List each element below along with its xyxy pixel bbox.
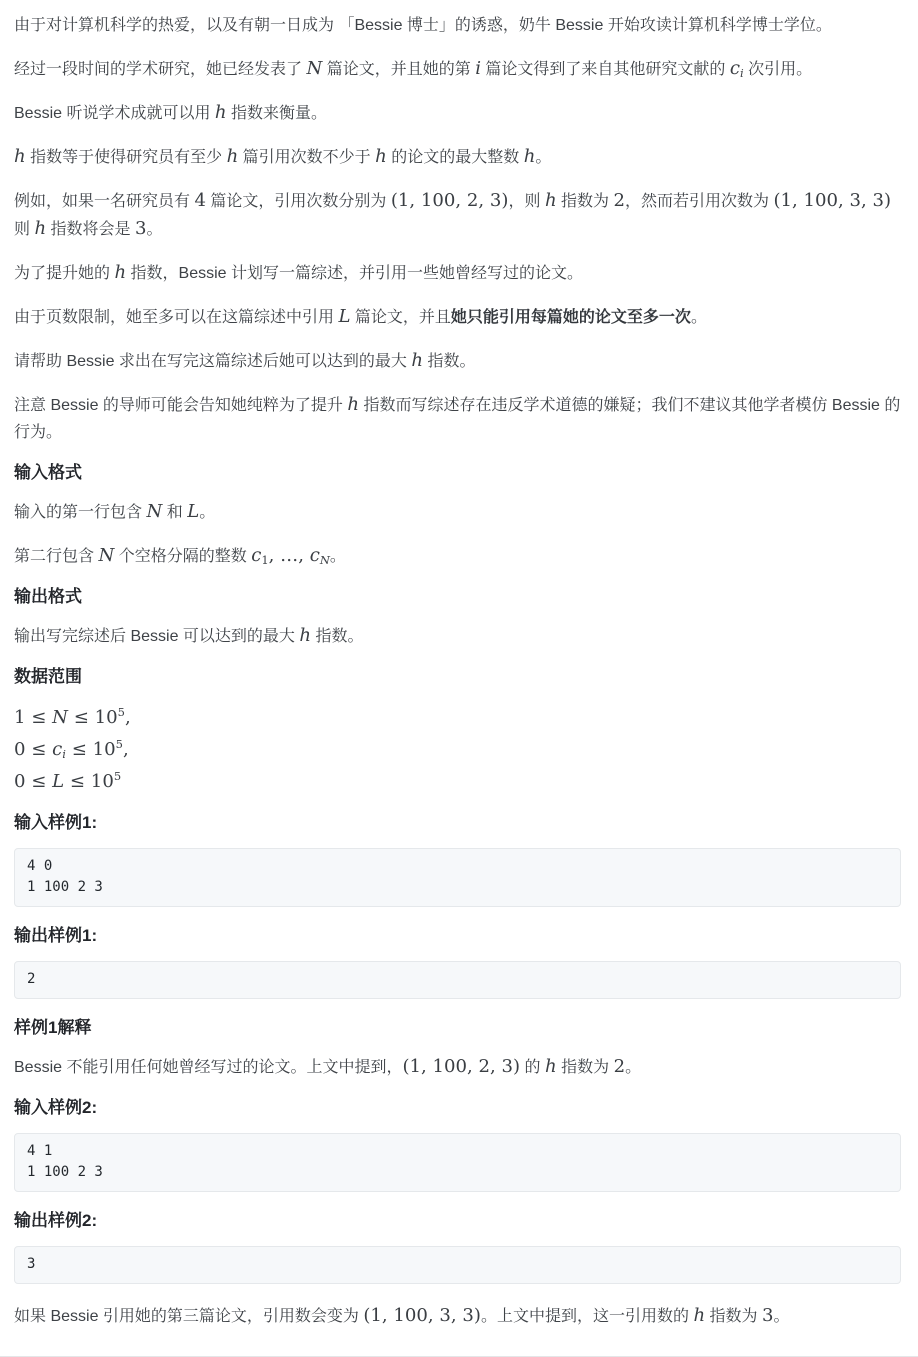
math-run: N [306,58,322,79]
text-run: 。 [199,504,215,521]
math-run: 2 [614,190,626,211]
text-run: 的论文的最大整数 [387,149,524,166]
text-run: 指数来衡量。 [227,105,327,122]
math-run: h [227,146,239,167]
paragraph-intro: 由于对计算机科学的热爱，以及有朝一日成为 「Bessie 博士」的诱惑，奶牛 B… [14,12,901,39]
text-run: 指数为 [557,1059,614,1076]
paragraph-survey-plan: 为了提升她的 h 指数，Bessie 计划写一篇综述，并引用一些她曾经写过的论文… [14,259,901,287]
text-run: 次引用。 [744,61,812,78]
problem-statement-page: 由于对计算机科学的热爱，以及有朝一日成为 「Bessie 博士」的诱惑，奶牛 B… [0,0,918,1357]
paragraph-output-desc: 输出写完综述后 Bessie 可以达到的最大 h 指数。 [14,622,901,650]
text-run: 。 [535,149,551,166]
text-run: 。 [691,309,707,326]
math-run: c [310,545,320,566]
text-run: 指数等于使得研究员有至少 [26,149,227,166]
section-heading-sample-input-1: 输入样例1: [14,812,901,834]
math-run: ≤ 10 [66,739,116,760]
paragraph-input-line2: 第二行包含 N 个空格分隔的整数 c1, …, cN。 [14,542,901,570]
math-run: , [125,707,131,728]
code-block-sample-input-2: 4 1 1 100 2 3 [14,1133,901,1192]
math-run: 1 ≤ [14,707,52,728]
section-heading-sample-input-2: 输入样例2: [14,1097,901,1119]
math-run: h [524,146,536,167]
text-run: 个空格分隔的整数 [114,548,251,565]
text-run: 。 [774,1308,790,1325]
math-run: h [545,1056,557,1077]
text-run: 第二行包含 [14,548,98,565]
math-run: h [114,262,126,283]
math-run: N [320,553,330,567]
paragraph-input-line1: 输入的第一行包含 N 和 L。 [14,498,901,526]
section-heading-sample-output-1: 输出样例1: [14,925,901,947]
math-run: h [693,1305,705,1326]
math-run: 1 [261,553,268,567]
math-run: (1, 100, 3, 3) [363,1305,481,1326]
text-run: Bessie 不能引用任何她曾经写过的论文。上文中提到， [14,1059,402,1076]
text-run: 。 [625,1059,641,1076]
text-run: 如果 Bessie 引用她的第三篇论文，引用数会变为 [14,1308,363,1325]
math-run: 5 [116,737,123,751]
text-run: 注意 Bessie 的导师可能会告知她纯粹为了提升 [14,397,347,414]
math-run: 5 [118,705,125,719]
math-run: (1, 100, 2, 3) [402,1056,520,1077]
math-run: 5 [114,769,121,783]
math-run: c [251,545,261,566]
text-run: 由于对计算机科学的热爱，以及有朝一日成为 「Bessie 博士」的诱惑，奶牛 B… [14,17,832,34]
bold-text: 她只能引用每篇她的论文至多一次 [451,309,691,326]
math-run: h [14,146,26,167]
math-run: c [52,739,62,760]
math-run: L [187,501,199,522]
math-run: h [545,190,557,211]
text-run: 篇论文，并且 [350,309,450,326]
math-run: L [52,771,64,792]
text-run: 和 [162,504,187,521]
math-run: ≤ 10 [68,707,118,728]
section-heading-input-format: 输入格式 [14,462,901,484]
text-run: 输出写完综述后 Bessie 可以达到的最大 [14,628,299,645]
text-run: 篇论文得到了来自其他研究文献的 [481,61,730,78]
math-run: h [347,394,359,415]
math-run: , …, [269,545,310,566]
paragraph-task: 请帮助 Bessie 求出在写完这篇综述后她可以达到的最大 h 指数。 [14,347,901,375]
paragraph-h-index-intro: Bessie 听说学术成就可以用 h 指数来衡量。 [14,99,901,127]
math-run: 2 [614,1056,626,1077]
text-run: 由于页数限制，她至多可以在这篇综述中引用 [14,309,338,326]
text-run: 指数，Bessie 计划写一篇综述，并引用一些她曾经写过的论文。 [126,265,583,282]
text-run: 例如，如果一名研究员有 [14,193,194,210]
math-run: (1, 100, 2, 3) [391,190,509,211]
math-run: , [123,739,129,760]
text-run: Bessie 听说学术成就可以用 [14,105,215,122]
text-run: 指数。 [423,353,475,370]
text-run: 为了提升她的 [14,265,114,282]
text-run: 指数为 [557,193,614,210]
math-run: 4 [194,190,206,211]
section-heading-output-format: 输出格式 [14,586,901,608]
math-run: h [411,350,423,371]
math-run: N [98,545,114,566]
text-run: 。 [330,548,346,565]
paragraph-ethics-note: 注意 Bessie 的导师可能会告知她纯粹为了提升 h 指数而写综述存在违反学术… [14,391,901,446]
text-run: ，则 [508,193,544,210]
math-run: h [375,146,387,167]
paragraph-sample-1-explanation: Bessie 不能引用任何她曾经写过的论文。上文中提到，(1, 100, 2, … [14,1053,901,1081]
math-run: 0 ≤ [14,739,52,760]
math-run: h [34,218,46,239]
section-heading-sample-1-explanation: 样例1解释 [14,1017,901,1039]
text-run: ，然而若引用次数为 [625,193,773,210]
text-run: 输入的第一行包含 [14,504,146,521]
paragraph-h-index-example: 例如，如果一名研究员有 4 篇论文，引用次数分别为 (1, 100, 2, 3)… [14,187,901,243]
math-run: 0 ≤ [14,771,52,792]
text-run: 。上文中提到，这一引用数的 [481,1308,693,1325]
text-run: 篇论文，并且她的第 [322,61,475,78]
text-run: 指数将会是 [46,221,135,238]
text-run: 。 [147,221,163,238]
text-run: 则 [14,221,34,238]
constraints-block: 1 ≤ N ≤ 105,0 ≤ ci ≤ 105,0 ≤ L ≤ 105 [14,702,901,798]
text-run: 篇引用次数不少于 [238,149,375,166]
math-run: N [146,501,162,522]
paragraph-sample-2-explanation: 如果 Bessie 引用她的第三篇论文，引用数会变为 (1, 100, 3, 3… [14,1302,901,1330]
text-run: 指数。 [311,628,363,645]
math-run: c [730,58,740,79]
text-run: 篇论文，引用次数分别为 [206,193,391,210]
paragraph-h-index-definition: h 指数等于使得研究员有至少 h 篇引用次数不少于 h 的论文的最大整数 h。 [14,143,901,171]
text-run: 的 [520,1059,545,1076]
paragraph-citation-limit: 由于页数限制，她至多可以在这篇综述中引用 L 篇论文，并且她只能引用每篇她的论文… [14,303,901,331]
math-run: h [299,625,311,646]
math-run: 3 [135,218,147,239]
paragraph-papers: 经过一段时间的学术研究，她已经发表了 N 篇论文，并且她的第 i 篇论文得到了来… [14,55,901,83]
math-run: L [338,306,350,327]
code-block-sample-input-1: 4 0 1 100 2 3 [14,848,901,907]
math-run: 3 [762,1305,774,1326]
math-run: (1, 100, 3, 3) [773,190,891,211]
text-run: 经过一段时间的学术研究，她已经发表了 [14,61,306,78]
code-block-sample-output-1: 2 [14,961,901,999]
math-run: N [52,707,68,728]
text-run: 指数为 [705,1308,762,1325]
math-run: h [215,102,227,123]
section-heading-sample-output-2: 输出样例2: [14,1210,901,1232]
math-run: ≤ 10 [64,771,114,792]
section-heading-data-range: 数据范围 [14,666,901,688]
code-block-sample-output-2: 3 [14,1246,901,1284]
text-run: 请帮助 Bessie 求出在写完这篇综述后她可以达到的最大 [14,353,411,370]
